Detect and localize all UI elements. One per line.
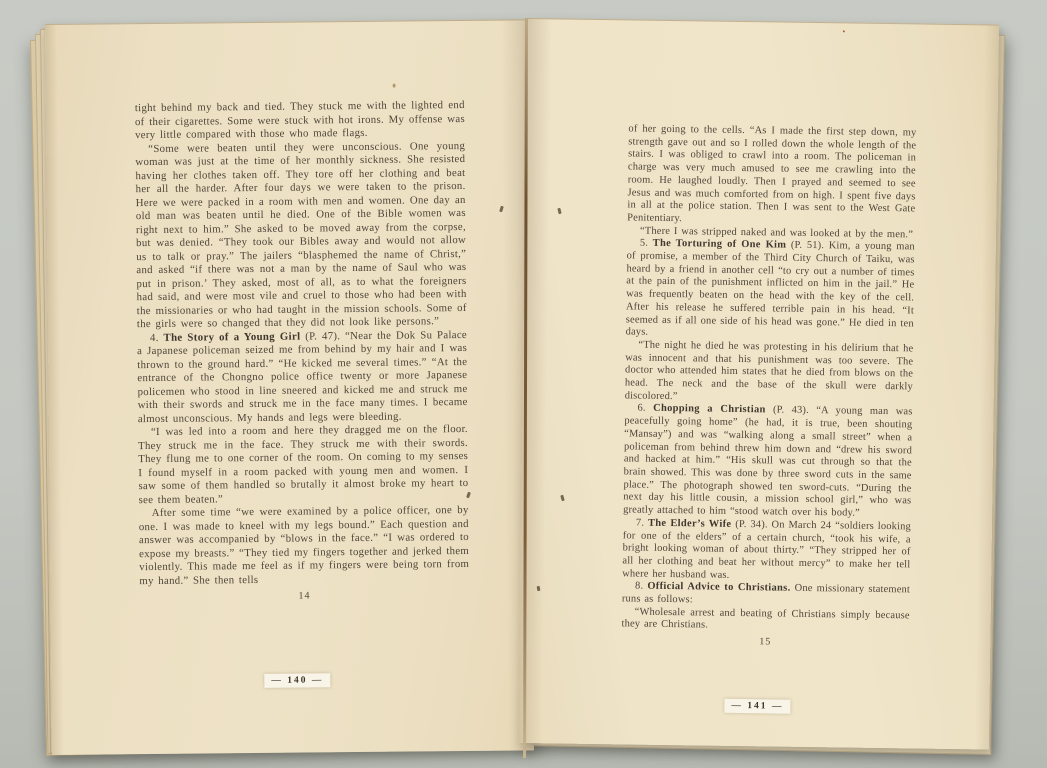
body-text: of her going to the cells. “As I made th… xyxy=(627,123,916,224)
page-right: of her going to the cells. “As I made th… xyxy=(518,18,999,750)
paragraph: After some time “we were examined by a p… xyxy=(139,504,470,588)
paragraph: 4. The Story of a Young Girl (P. 47). “N… xyxy=(137,328,468,426)
page-left-paragraphs: tight behind my back and tied. They stuc… xyxy=(135,99,470,588)
page-number-left: 14 xyxy=(139,588,469,605)
paragraph: 6. Chopping a Christian (P. 43). “A youn… xyxy=(623,403,913,521)
section-heading: The Torturing of One Kim xyxy=(653,238,787,251)
body-text: “Some were beaten until they were uncons… xyxy=(135,139,467,330)
paragraph: “Some were beaten until they were uncons… xyxy=(135,139,467,331)
paragraph: of her going to the cells. “As I made th… xyxy=(627,123,916,229)
paragraph: tight behind my back and tied. They stuc… xyxy=(135,99,465,143)
page-left-text: tight behind my back and tied. They stuc… xyxy=(135,99,470,605)
paper-speck xyxy=(393,84,396,88)
body-text: 5. xyxy=(640,238,653,249)
paper-speck xyxy=(843,30,845,32)
body-text: 4. xyxy=(150,331,164,343)
open-book: tight behind my back and tied. They stuc… xyxy=(0,0,1047,768)
section-heading: Chopping a Christian xyxy=(653,403,766,416)
page-right-text: of her going to the cells. “As I made th… xyxy=(621,123,916,651)
sewing-mark xyxy=(537,586,541,591)
paragraph: 7. The Elder’s Wife (P. 34). On March 24… xyxy=(622,517,911,585)
section-heading: The Elder’s Wife xyxy=(648,518,732,530)
page-left: tight behind my back and tied. They stuc… xyxy=(45,19,534,755)
body-text: (P. 51). Kim, a young man of promise, a … xyxy=(626,240,915,338)
paragraph: 5. The Torturing of One Kim (P. 51). Kim… xyxy=(626,238,915,344)
section-heading: The Story of a Young Girl xyxy=(163,330,300,343)
body-text: 8. xyxy=(635,581,647,592)
body-text: “Wholesale arrest and beating of Christi… xyxy=(621,606,909,631)
paragraph: “Wholesale arrest and beating of Christi… xyxy=(621,606,909,635)
paragraph: “I was led into a room and here they dra… xyxy=(138,423,469,507)
body-text: “The night he died he was protesting in … xyxy=(625,340,914,402)
folio-label-right: — 141 — xyxy=(724,699,790,714)
body-text: (P. 43). “A young man was peacefully goi… xyxy=(623,405,913,519)
page-right-paragraphs: of her going to the cells. “As I made th… xyxy=(621,123,916,635)
body-text: “I was led into a room and here they dra… xyxy=(138,423,468,506)
page-number-right: 15 xyxy=(621,634,909,651)
paragraph: 8. Official Advice to Christians. One mi… xyxy=(622,581,910,610)
section-heading: Official Advice to Christians. xyxy=(647,581,790,594)
paragraph: “The night he died he was protesting in … xyxy=(625,339,914,407)
body-text: 7. xyxy=(636,517,648,528)
folio-label-left: — 140 — xyxy=(264,673,330,688)
body-text: 6. xyxy=(637,403,653,414)
body-text: After some time “we were examined by a p… xyxy=(139,504,469,587)
paper-speck xyxy=(301,160,303,162)
body-text: tight behind my back and tied. They stuc… xyxy=(135,99,465,141)
